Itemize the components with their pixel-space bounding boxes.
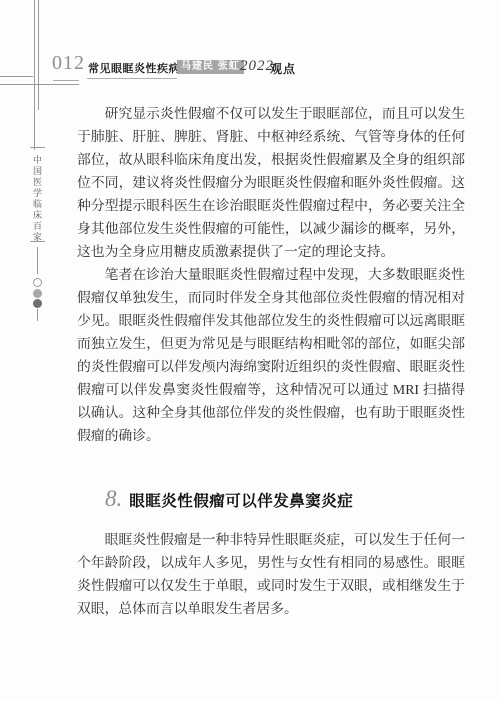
page-number-underline bbox=[53, 80, 79, 81]
paragraph: 笔者在诊治大量眼眶炎性假瘤过程中发现，大多数眼眶炎性假瘤仅单独发生，而同时伴发全… bbox=[77, 263, 465, 447]
book-title: 常见眼眶炎性疾病 bbox=[88, 60, 180, 76]
book-page: 012 常见眼眶炎性疾病 马建民 张虹 2022 观点 中国医学临床百家 研究显… bbox=[0, 0, 500, 701]
edition-year: 2022 bbox=[240, 58, 274, 75]
section-title: 眼眶炎性假瘤可以伴发鼻窦炎症 bbox=[129, 490, 353, 513]
book-title-underline bbox=[87, 78, 177, 79]
header-horizontal-rule-short bbox=[0, 76, 33, 77]
sidebar-vertical-rule-bottom bbox=[37, 309, 38, 321]
sidebar-vertical-rule-mid bbox=[37, 247, 38, 274]
series-name-vertical: 中国医学临床百家 bbox=[31, 155, 44, 243]
bullet-circle-dark-icon bbox=[33, 299, 42, 308]
paragraph: 研究显示炎性假瘤不仅可以发生于眼眶部位，而且可以发生于肺脏、肝脏、脾脏、肾脏、中… bbox=[77, 102, 465, 263]
section-number: 8. bbox=[105, 486, 122, 512]
left-margin-vertical-rule-inner bbox=[38, 0, 39, 110]
sidebar-dash-top bbox=[30, 147, 45, 148]
page-number: 012 bbox=[52, 52, 85, 75]
left-margin-vertical-rule-outer bbox=[34, 0, 35, 150]
bullet-circle-hollow-icon bbox=[33, 278, 42, 287]
header-horizontal-rule-long bbox=[0, 84, 79, 85]
series-suffix: 观点 bbox=[270, 60, 296, 77]
body-text-column: 研究显示炎性假瘤不仅可以发生于眼眶部位，而且可以发生于肺脏、肝脏、脾脏、肾脏、中… bbox=[77, 102, 465, 620]
bullet-circle-gray-icon bbox=[33, 289, 42, 298]
authors-badge: 马建民 张虹 bbox=[177, 60, 244, 74]
paragraph: 眼眶炎性假瘤是一种非特异性眼眶炎症，可以发生于任何一个年龄阶段，以成年人多见，男… bbox=[77, 528, 465, 620]
section-heading: 8. 眼眶炎性假瘤可以伴发鼻窦炎症 bbox=[77, 486, 465, 513]
